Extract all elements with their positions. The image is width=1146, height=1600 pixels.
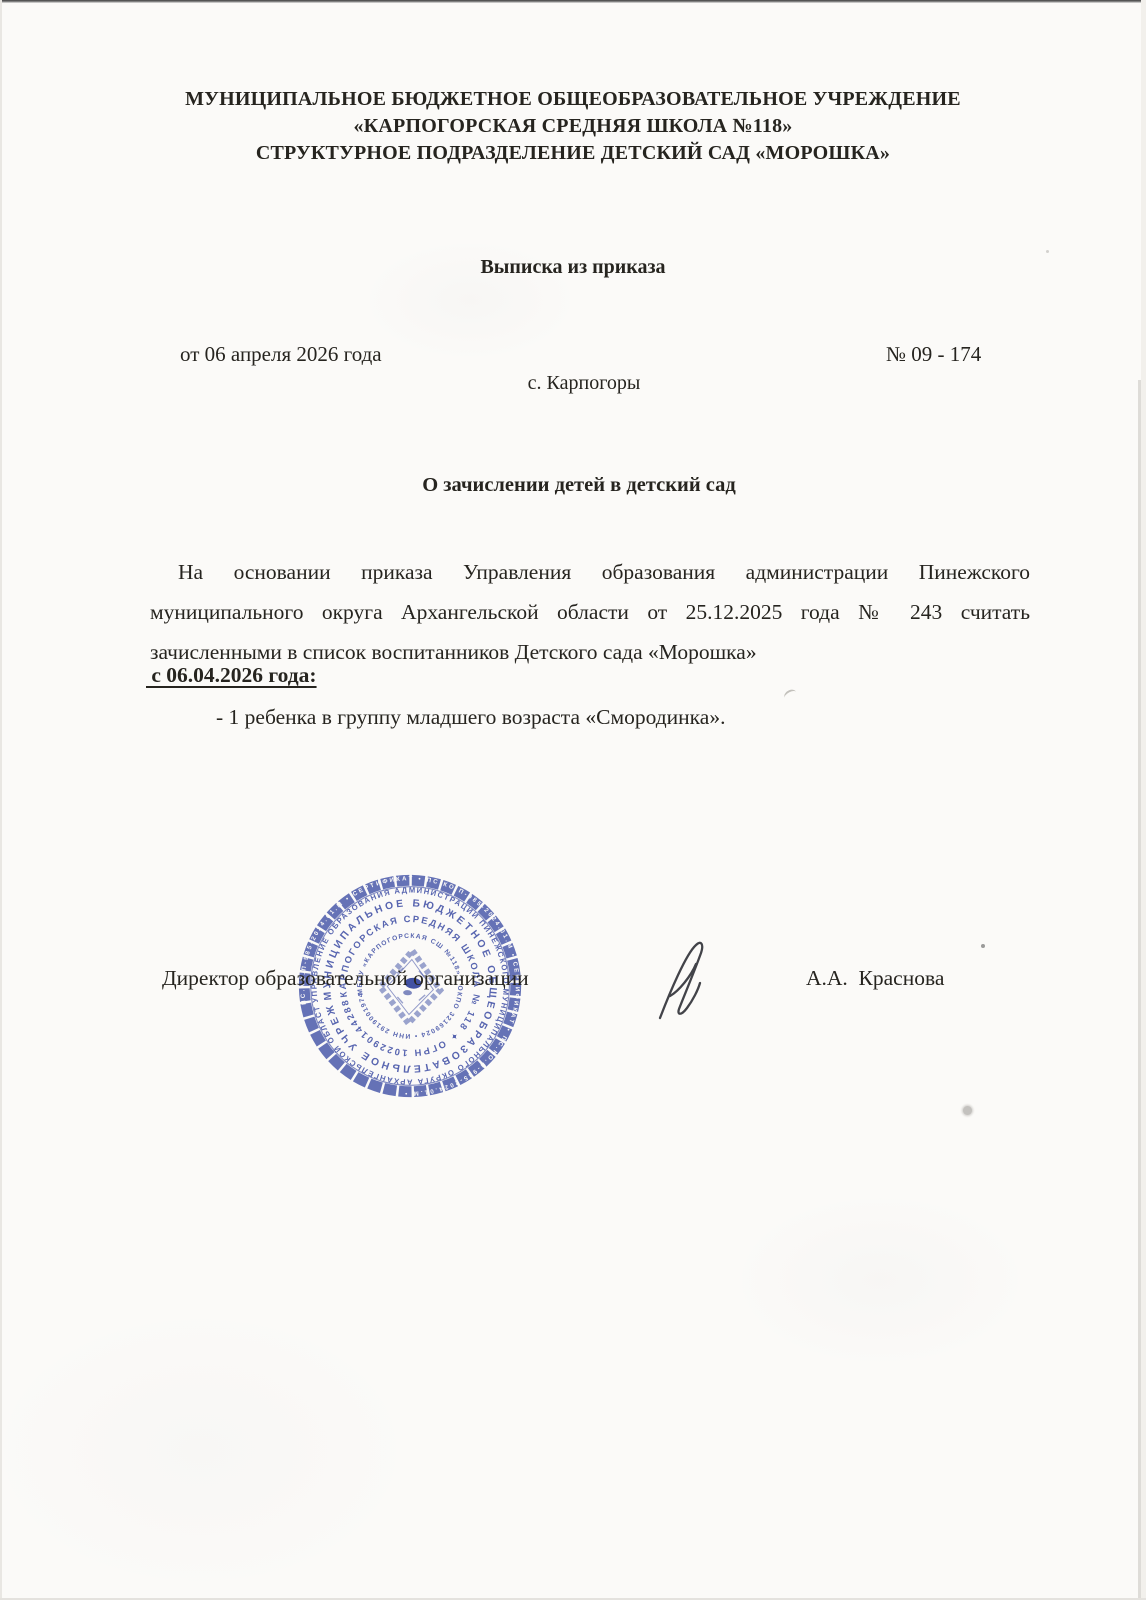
- scanned-document-page: МУНИЦИПАЛЬНОЕ БЮДЖЕТНОЕ ОБЩЕОБРАЗОВАТЕЛЬ…: [0, 0, 1146, 1600]
- organization-header: МУНИЦИПАЛЬНОЕ БЮДЖЕТНОЕ ОБЩЕОБРАЗОВАТЕЛЬ…: [0, 86, 1146, 167]
- body-paragraph: На основании приказа Управления образова…: [150, 552, 1030, 672]
- scan-speck: [782, 688, 798, 703]
- body-line: На основании приказа Управления образова…: [150, 552, 1030, 592]
- scan-speck: [1046, 250, 1049, 253]
- order-subject: О зачислении детей в детский сад: [0, 474, 1146, 497]
- organization-name-line2: «КАРПОГОРСКАЯ СРЕДНЯЯ ШКОЛА №118»: [0, 113, 1146, 140]
- handwritten-signature: [646, 938, 726, 1026]
- enrollment-list-item: - 1 ребенка в группу младшего возраста «…: [216, 705, 725, 730]
- effective-date-line: с 06.04.2026 года:: [146, 663, 317, 688]
- order-date: от 06 апреля 2026 года: [180, 342, 382, 367]
- organization-name-line3: СТРУКТУРНОЕ ПОДРАЗДЕЛЕНИЕ ДЕТСКИЙ САД «М…: [0, 140, 1146, 167]
- signer-role: Директор образовательной организации: [162, 966, 529, 991]
- scan-left-edge: [0, 0, 2, 1600]
- place-name: с. Карпогоры: [0, 372, 1146, 395]
- scan-speck: [963, 1106, 972, 1115]
- paper-right-edge-shadow: [1138, 380, 1141, 1600]
- order-number: № 09 - 174: [886, 342, 981, 367]
- signer-name: А.А. Краснова: [806, 966, 944, 991]
- scan-speck: [981, 944, 985, 948]
- organization-name-line1: МУНИЦИПАЛЬНОЕ БЮДЖЕТНОЕ ОБЩЕОБРАЗОВАТЕЛЬ…: [0, 86, 1146, 113]
- scan-right-margin: [1141, 0, 1146, 1600]
- body-line: муниципального округа Архангельской обла…: [150, 592, 1030, 632]
- document-title: Выписка из приказа: [0, 256, 1146, 279]
- scan-top-edge: [0, 0, 1146, 3]
